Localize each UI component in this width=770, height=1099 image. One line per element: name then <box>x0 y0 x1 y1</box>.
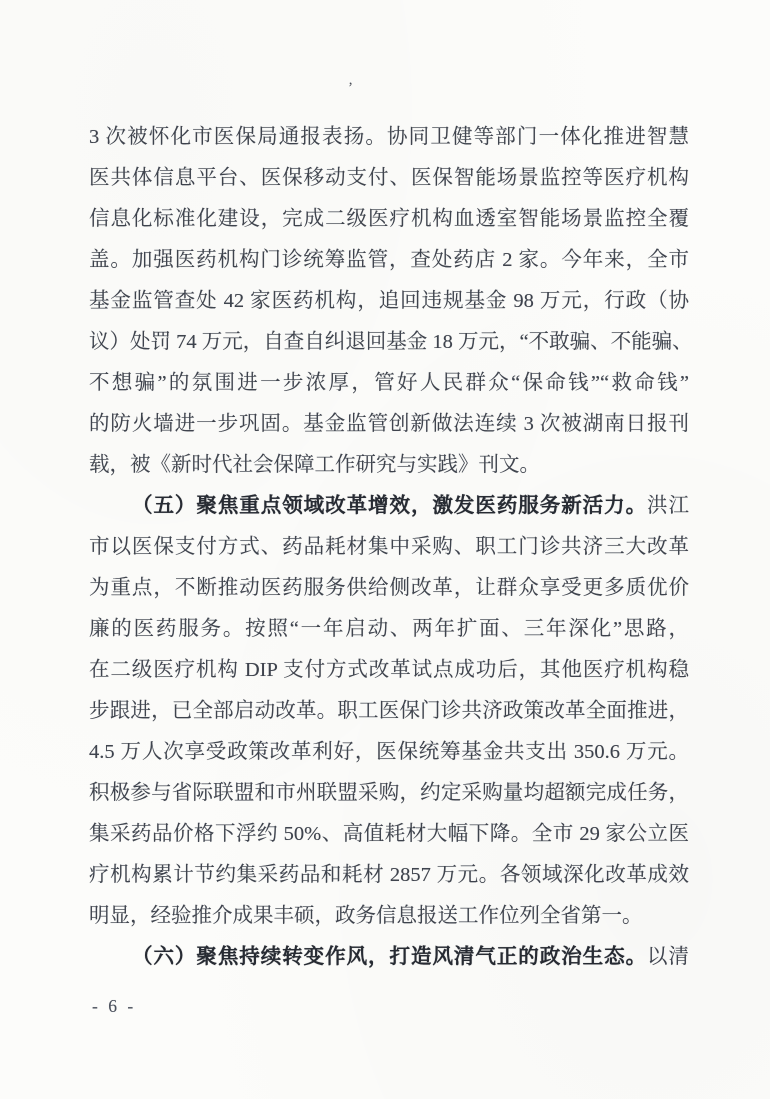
body-text: 步跟进，已全部启动改革。职工医保门诊共济政策改革全面推进， <box>89 700 689 722</box>
text-line-14: 在二级医疗机构 DIP 支付方式改革试点成功后，其他医疗机构稳 <box>89 650 689 691</box>
body-text: 盖。加强医药机构门诊统筹监管，查处药店 2 家。今年来，全市 <box>89 249 689 271</box>
heading-text: （五）聚焦重点领域改革增效，激发医药服务新活力。 <box>132 495 647 517</box>
body-text: 洪江 <box>647 495 689 517</box>
text-line-2: 医共体信息平台、医保移动支付、医保智能场景监控等医疗机构 <box>89 158 689 199</box>
text-line-11: 市以医保支付方式、药品耗材集中采购、职工门诊共济三大改革 <box>89 527 689 568</box>
text-line-13: 廉的医药服务。按照“一年启动、两年扩面、三年深化”思路， <box>89 609 689 650</box>
body-text: 不想骗”的氛围进一步浓厚，管好人民群众“保命钱”“救命钱” <box>89 372 689 394</box>
document-body: 3 次被怀化市医保局通报表扬。协同卫健等部门一体化推进智慧医共体信息平台、医保移… <box>89 117 689 978</box>
text-line-20: 明显，经验推介成果丰硕，政务信息报送工作位列全省第一。 <box>89 896 689 937</box>
body-text: 载，被《新时代社会保障工作研究与实践》刊文。 <box>89 454 540 476</box>
stray-ink-mark: ’ <box>348 80 353 97</box>
body-text: 的防火墙进一步巩固。基金监管创新做法连续 3 次被湖南日报刊 <box>89 413 689 435</box>
text-line-3: 信息化标准化建设，完成二级医疗机构血透室智能场景监控全覆 <box>89 199 689 240</box>
body-text: 医共体信息平台、医保移动支付、医保智能场景监控等医疗机构 <box>89 167 689 189</box>
text-line-18: 集采药品价格下浮约 50%、高值耗材大幅下降。全市 29 家公立医 <box>89 814 689 855</box>
text-line-19: 疗机构累计节约集采药品和耗材 2857 万元。各领域深化改革成效 <box>89 855 689 896</box>
text-line-16: 4.5 万人次享受政策改革利好，医保统筹基金共支出 350.6 万元。 <box>89 732 689 773</box>
body-text: 3 次被怀化市医保局通报表扬。协同卫健等部门一体化推进智慧 <box>89 126 689 148</box>
body-text: 集采药品价格下浮约 50%、高值耗材大幅下降。全市 29 家公立医 <box>89 823 689 845</box>
heading-text: （六）聚焦持续转变作风，打造风清气正的政治生态。 <box>132 946 647 968</box>
text-line-6: 议）处罚 74 万元，自查自纠退回基金 18 万元，“不敢骗、不能骗、 <box>89 322 689 363</box>
body-text: 基金监管查处 42 家医药机构，追回违规基金 98 万元，行政（协 <box>89 290 689 312</box>
text-line-12: 为重点，不断推动医药服务供给侧改革，让群众享受更多质优价 <box>89 568 689 609</box>
text-line-15: 步跟进，已全部启动改革。职工医保门诊共济政策改革全面推进， <box>89 691 689 732</box>
body-text: 积极参与省际联盟和市州联盟采购，约定采购量均超额完成任务， <box>89 782 689 804</box>
text-line-17: 积极参与省际联盟和市州联盟采购，约定采购量均超额完成任务， <box>89 773 689 814</box>
page-number: - 6 - <box>92 996 136 1017</box>
body-text: 疗机构累计节约集采药品和耗材 2857 万元。各领域深化改革成效 <box>89 864 689 886</box>
body-text: 明显，经验推介成果丰硕，政务信息报送工作位列全省第一。 <box>89 905 643 927</box>
text-line-1: 3 次被怀化市医保局通报表扬。协同卫健等部门一体化推进智慧 <box>89 117 689 158</box>
body-text: 4.5 万人次享受政策改革利好，医保统筹基金共支出 350.6 万元。 <box>89 741 689 763</box>
text-line-10: （五）聚焦重点领域改革增效，激发医药服务新活力。洪江 <box>89 486 689 527</box>
body-text: 议）处罚 74 万元，自查自纠退回基金 18 万元，“不敢骗、不能骗、 <box>89 331 693 353</box>
body-text: 信息化标准化建设，完成二级医疗机构血透室智能场景监控全覆 <box>89 208 689 230</box>
document-page: ’ 3 次被怀化市医保局通报表扬。协同卫健等部门一体化推进智慧医共体信息平台、医… <box>0 0 770 1099</box>
text-line-4: 盖。加强医药机构门诊统筹监管，查处药店 2 家。今年来，全市 <box>89 240 689 281</box>
body-text: 以清 <box>647 946 689 968</box>
text-line-7: 不想骗”的氛围进一步浓厚，管好人民群众“保命钱”“救命钱” <box>89 363 689 404</box>
text-line-9: 载，被《新时代社会保障工作研究与实践》刊文。 <box>89 445 689 486</box>
body-text: 在二级医疗机构 DIP 支付方式改革试点成功后，其他医疗机构稳 <box>89 659 689 681</box>
text-line-8: 的防火墙进一步巩固。基金监管创新做法连续 3 次被湖南日报刊 <box>89 404 689 445</box>
text-line-5: 基金监管查处 42 家医药机构，追回违规基金 98 万元，行政（协 <box>89 281 689 322</box>
text-line-21: （六）聚焦持续转变作风，打造风清气正的政治生态。以清 <box>89 937 689 978</box>
body-text: 廉的医药服务。按照“一年启动、两年扩面、三年深化”思路， <box>89 618 689 640</box>
body-text: 为重点，不断推动医药服务供给侧改革，让群众享受更多质优价 <box>89 577 689 599</box>
body-text: 市以医保支付方式、药品耗材集中采购、职工门诊共济三大改革 <box>89 536 689 558</box>
